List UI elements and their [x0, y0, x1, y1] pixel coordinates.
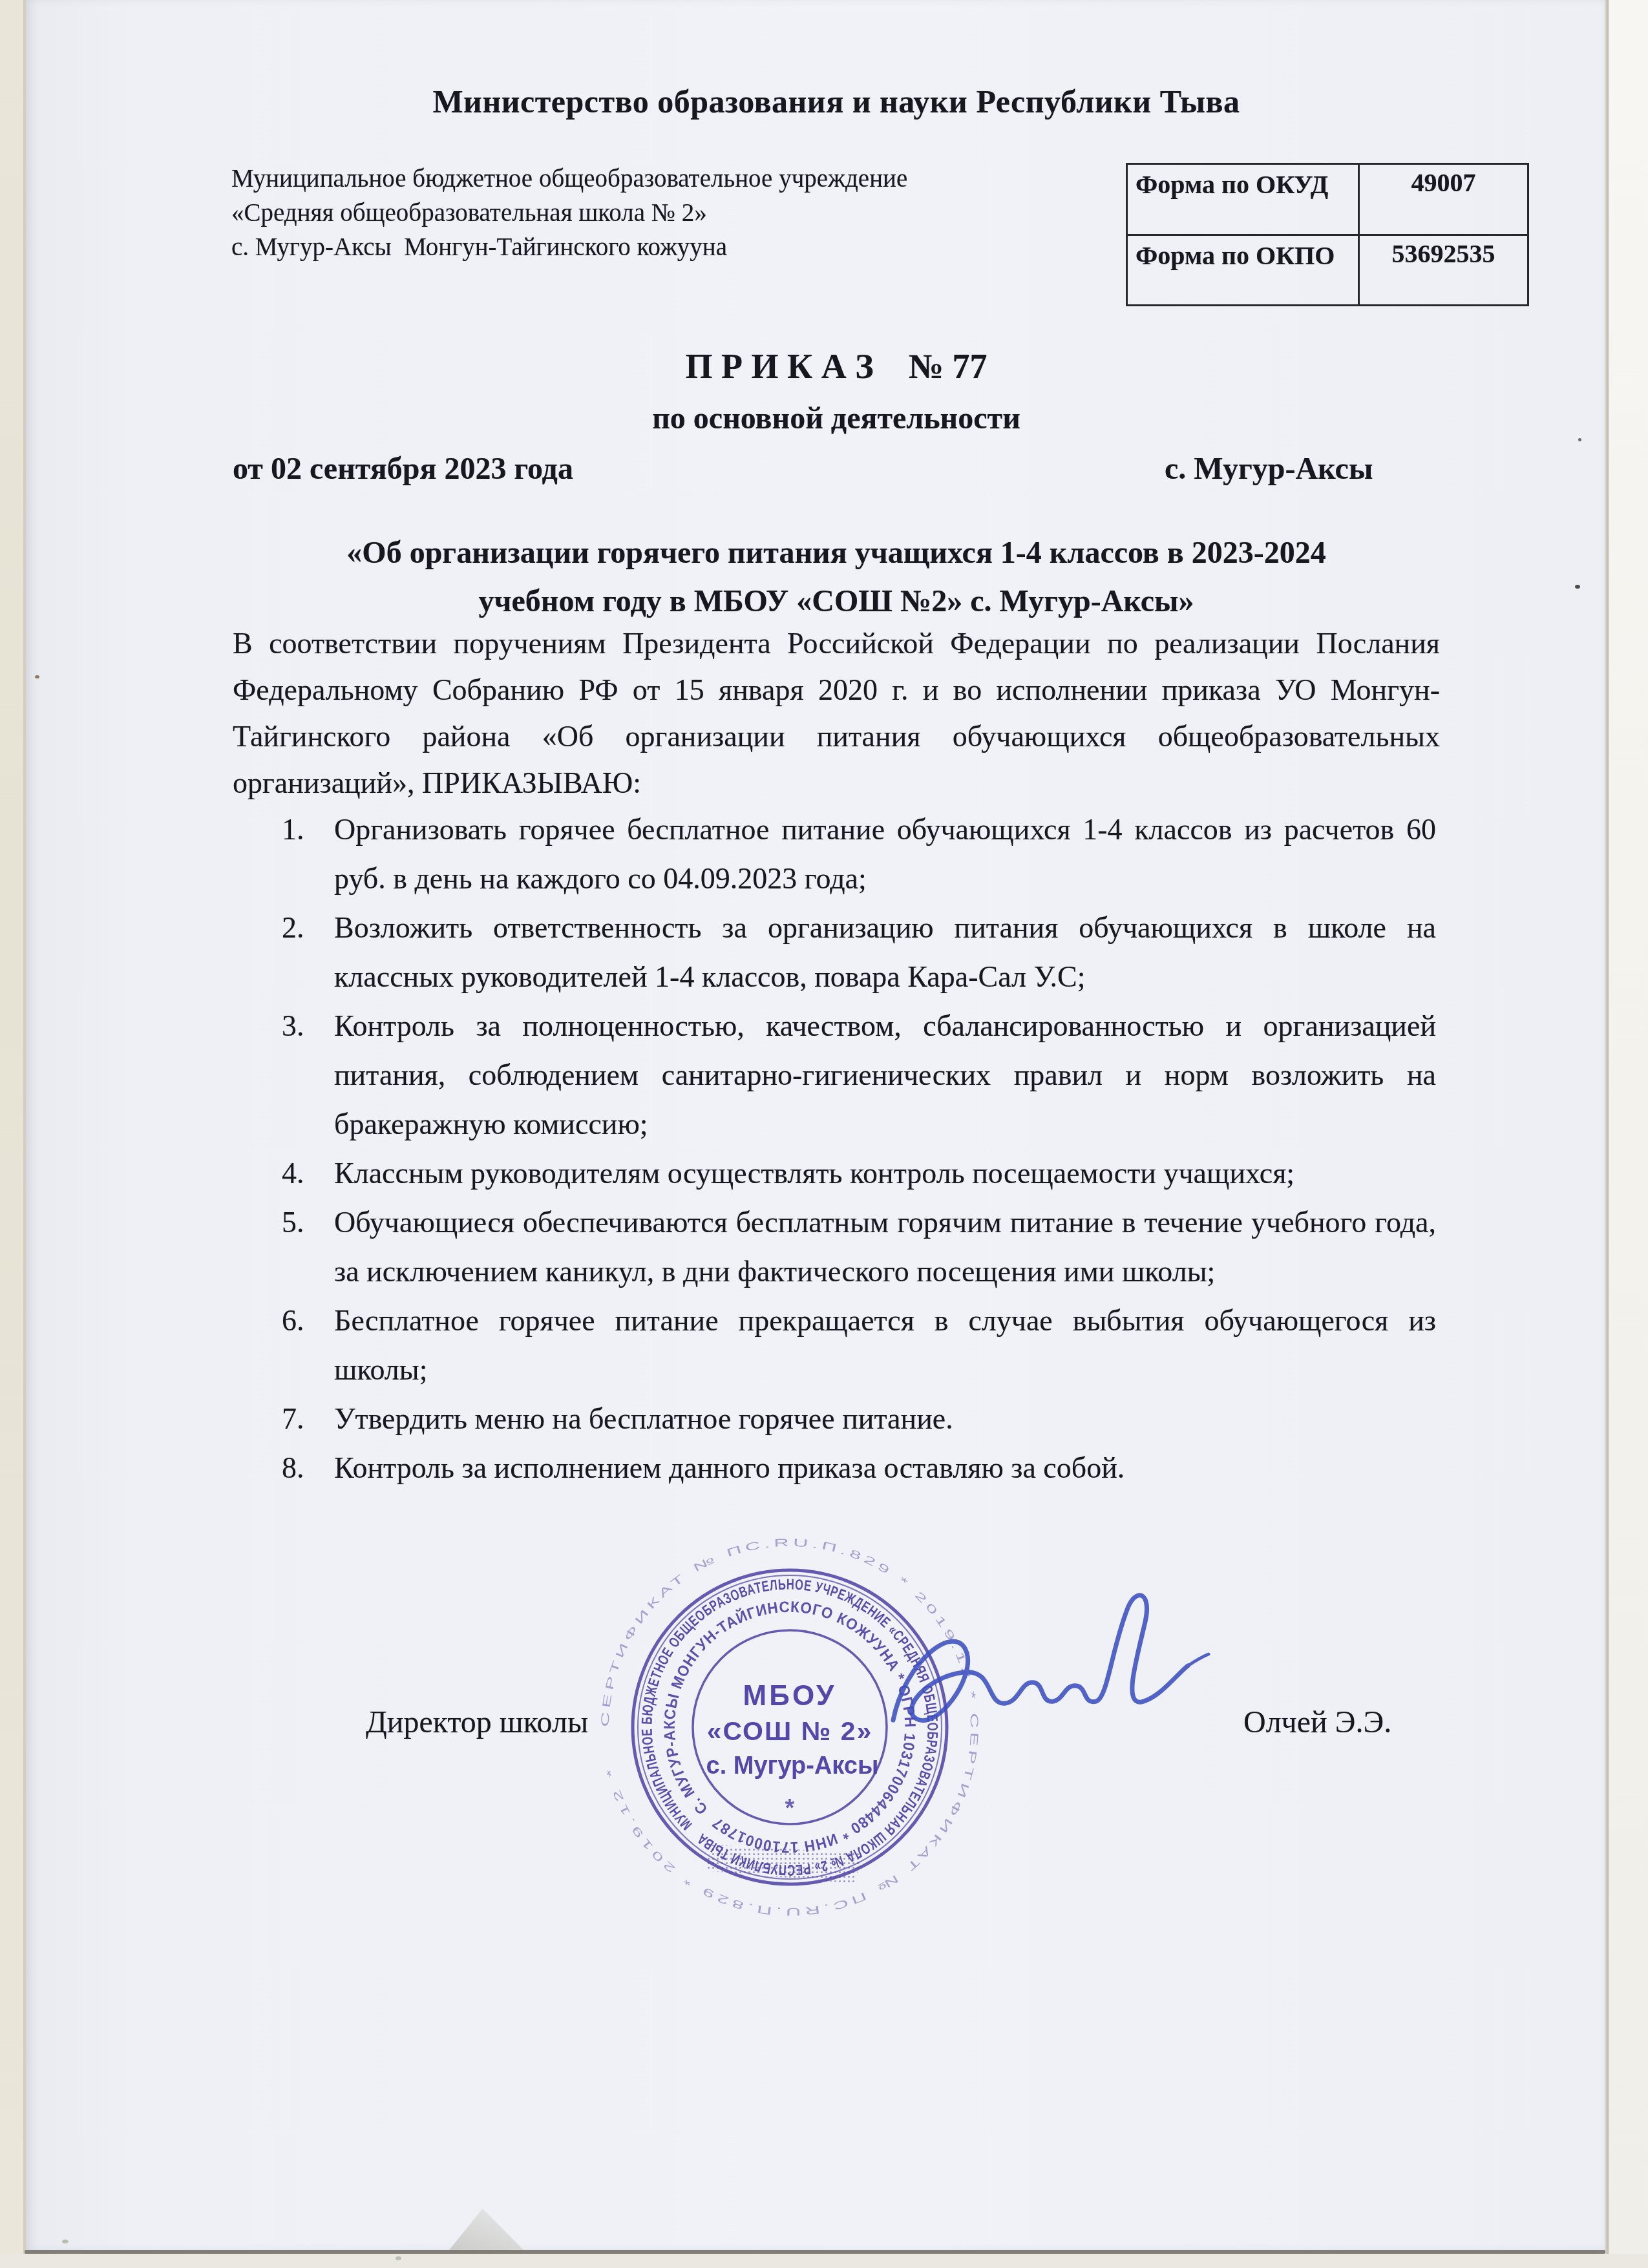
scanner-strip-right	[1609, 0, 1648, 2268]
item-number: 5.	[282, 1198, 304, 1247]
handwritten-signature	[860, 1570, 1234, 1803]
item-text: Организовать горячее бесплатное питание …	[334, 813, 1436, 895]
list-item: 1. Организовать горячее бесплатное питан…	[233, 805, 1436, 903]
order-subject-line-2: учебном году в МБОУ «СОШ №2» с. Мугур-Ак…	[233, 583, 1440, 619]
order-subject-line-1: «Об организации горячего питания учащихс…	[233, 535, 1440, 571]
item-text: Обучающиеся обеспечиваются бесплатным го…	[334, 1206, 1436, 1288]
stamp-center-star: *	[785, 1795, 795, 1822]
item-number: 7.	[282, 1394, 304, 1444]
order-number-title: П Р И К А З № 77	[233, 346, 1440, 386]
list-item: 2. Возложить ответственность за организа…	[233, 903, 1436, 1002]
stamp-center-line-3: с. Мугур-Аксы	[706, 1752, 879, 1780]
director-role-label: Директор школы	[366, 1705, 588, 1740]
okud-okpo-table: Форма по ОКУД 49007 Форма по ОКПО 536925…	[1126, 163, 1529, 306]
stamp-center-line-2: «СОШ № 2»	[707, 1716, 873, 1746]
organization-line-2: «Средняя общеобразовательная школа № 2»	[231, 196, 907, 230]
okud-value-cell: 49007	[1359, 164, 1528, 235]
director-name: Олчей Э.Э.	[1243, 1705, 1391, 1740]
paper-edge-left	[23, 0, 26, 2254]
list-item: 5. Обучающиеся обеспечиваются бесплатным…	[233, 1198, 1436, 1296]
stamp-center-line-1: МБОУ	[743, 1680, 837, 1712]
scanned-order-page: Министерство образования и науки Республ…	[0, 0, 1648, 2268]
item-text: Контроль за полноценностью, качеством, с…	[334, 1009, 1436, 1140]
item-text: Утвердить меню на бесплатное горячее пит…	[334, 1402, 953, 1435]
item-text: Возложить ответственность за организацию…	[334, 911, 1436, 993]
item-number: 6.	[282, 1296, 304, 1345]
table-row: Форма по ОКПО 53692535	[1127, 235, 1528, 306]
dust-speck	[62, 2240, 69, 2243]
order-items-list: 1. Организовать горячее бесплатное питан…	[233, 805, 1436, 1493]
item-text: Контроль за исполнением данного приказа …	[334, 1451, 1125, 1484]
organization-line-1: Муниципальное бюджетное общеобразователь…	[231, 162, 907, 196]
order-date: от 02 сентября 2023 года	[233, 451, 573, 487]
item-text: Классным руководителям осуществлять конт…	[334, 1157, 1294, 1190]
list-item: 7. Утвердить меню на бесплатное горячее …	[233, 1394, 1436, 1444]
list-item: 8. Контроль за исполнением данного прика…	[233, 1444, 1436, 1493]
item-number: 4.	[282, 1149, 304, 1198]
item-number: 1.	[282, 805, 304, 854]
scanner-strip-left	[0, 0, 25, 2268]
order-place: с. Мугур-Аксы	[1165, 451, 1373, 487]
scanner-strip-bottom	[0, 2254, 1648, 2268]
organization-block: Муниципальное бюджетное общеобразователь…	[231, 162, 907, 264]
okpo-label-cell: Форма по ОКПО	[1127, 235, 1359, 306]
preamble-paragraph: В соответствии поручениям Президента Рос…	[233, 620, 1440, 806]
okpo-value-cell: 53692535	[1359, 235, 1528, 306]
list-item: 6. Бесплатное горячее питание прекращает…	[233, 1296, 1436, 1394]
order-subtitle: по основной деятельности	[233, 401, 1440, 436]
organization-line-3: с. Мугур-Аксы Монгун-Тайгинского кожууна	[231, 230, 907, 264]
signature-tail	[1188, 1654, 1209, 1666]
item-text: Бесплатное горячее питание прекращается …	[334, 1304, 1436, 1386]
dust-speck	[396, 2256, 401, 2260]
signature-stroke	[893, 1595, 1188, 1721]
dust-speck	[1575, 585, 1580, 589]
item-number: 3.	[282, 1002, 304, 1051]
item-number: 8.	[282, 1444, 304, 1493]
list-item: 4. Классным руководителям осуществлять к…	[233, 1149, 1436, 1198]
okud-label-cell: Форма по ОКУД	[1127, 164, 1359, 235]
dust-speck	[1578, 438, 1581, 441]
table-row: Форма по ОКУД 49007	[1127, 164, 1528, 235]
item-number: 2.	[282, 903, 304, 952]
ministry-header: Министерство образования и науки Республ…	[233, 83, 1440, 120]
list-item: 3. Контроль за полноценностью, качеством…	[233, 1002, 1436, 1149]
dust-speck	[35, 675, 39, 678]
